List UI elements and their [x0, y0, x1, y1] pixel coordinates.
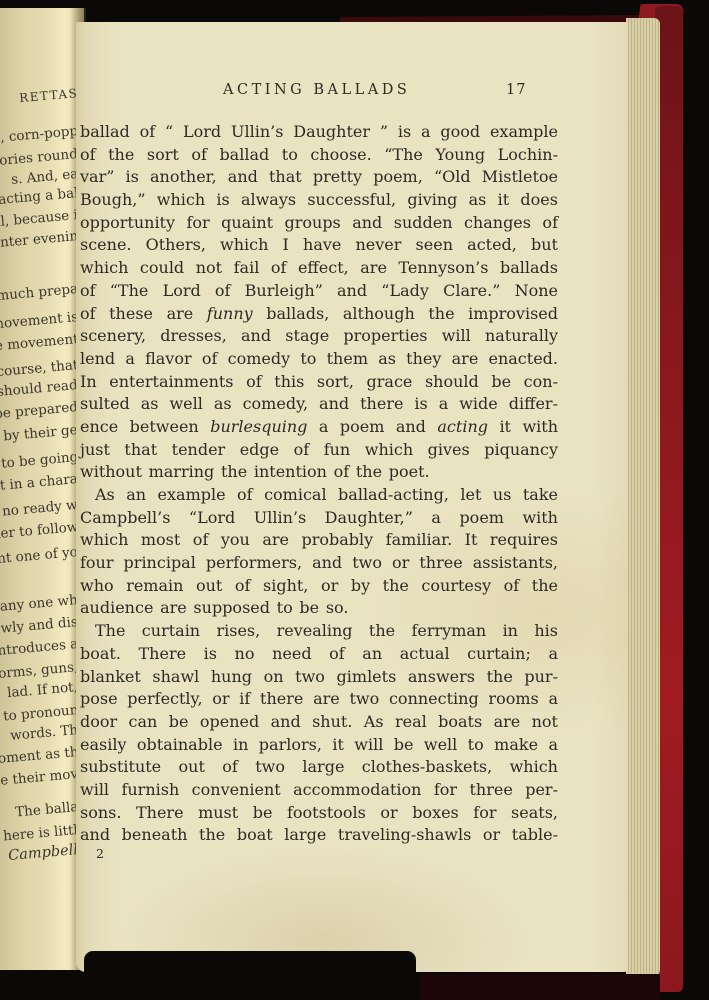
text-line: sons. There must be footstools or boxes … — [80, 802, 558, 825]
text-line: four principal performers, and two or th… — [80, 552, 558, 575]
left-page-text-fragment: orms, guns, — [0, 659, 79, 682]
text-line: ence between burlesquing a poem and acti… — [80, 416, 558, 439]
left-page-text-fragment: r should read — [0, 377, 79, 401]
text-line: door can be opened and shut. As real boa… — [80, 711, 558, 734]
left-page-text-fragment: e their mov — [0, 766, 79, 789]
running-title: ACTING BALLADS — [223, 82, 410, 98]
left-page-text-fragment: words. Th — [10, 722, 79, 744]
left-page-text-fragment: sier to follow — [0, 519, 79, 543]
text-line: sulted as well as comedy, and there is a… — [80, 393, 558, 416]
left-page-text-fragment: ories round — [0, 146, 79, 169]
text-line: will furnish convenient accommodation fo… — [80, 779, 558, 802]
page-number: 17 — [506, 82, 526, 98]
stacked-page-edges — [626, 18, 660, 976]
bottom-cover-shadow — [84, 951, 416, 1000]
left-page-text-fragment: ct in a chara — [0, 471, 79, 494]
left-page-text-fragment: noment as th — [0, 744, 79, 768]
text-line: pose perfectly, or if there are two conn… — [80, 688, 558, 711]
text-line: lend a flavor of comedy to them as they … — [80, 348, 558, 371]
bottom-cover-edge — [420, 974, 660, 1000]
left-page-text-fragment: ll, because i — [0, 207, 79, 230]
left-page-text-fragment: s much prepa — [0, 281, 79, 305]
text-line: audience are supposed to be so. — [80, 597, 558, 620]
left-page-text-fragment: be prepared — [0, 399, 79, 422]
left-page-text-fragment: nd any one wh — [0, 592, 79, 617]
page-header: ACTING BALLADS 17 — [76, 82, 628, 102]
left-page-text-fragment: he movement — [0, 331, 79, 355]
left-page-text-fragment: h introduces a — [0, 636, 79, 660]
text-line: The curtain rises, revealing the ferryma… — [80, 620, 558, 643]
text-line: which most of you are probably familiar.… — [80, 529, 558, 552]
left-page-text-fragment: for no ready w — [0, 497, 79, 522]
book-scan: RETTAS, corn-poppories rounds. And, eaac… — [0, 0, 709, 1000]
text-line: and beneath the boat large traveling-sha… — [80, 824, 558, 847]
left-page-text-fragment: s. And, ea — [10, 166, 78, 188]
left-page-text-fragment: winter evenin — [0, 228, 79, 252]
left-page-text-fragment: lad. If not, — [7, 679, 79, 701]
text-line: As an example of comical ballad-acting, … — [80, 484, 558, 507]
text-line: of the sort of ballad to choose. “The Yo… — [80, 144, 558, 167]
text-line: easily obtainable in parlors, it will be… — [80, 734, 558, 757]
text-line: of “The Lord of Burleigh” and “Lady Clar… — [80, 280, 558, 303]
text-line: without marring the intention of the poe… — [80, 461, 558, 484]
left-page-text-fragment: to be going — [0, 449, 78, 472]
text-line: Campbell’s “Lord Ullin’s Daughter,” a po… — [80, 507, 558, 530]
left-page-text-fragment: here is littl — [3, 822, 79, 844]
text-line: blanket shawl hung on two gimlets answer… — [80, 666, 558, 689]
text-line: Bough,” which is always successful, givi… — [80, 189, 558, 212]
left-page-text-fragment: , corn-popp — [0, 123, 79, 146]
text-line: In entertainments of this sort, grace sh… — [80, 371, 558, 394]
book-page: ACTING BALLADS 17 ballad of “ Lord Ullin… — [76, 22, 628, 972]
text-line: substitute out of two large clothes-bask… — [80, 756, 558, 779]
text-line: var” is another, and that pretty poem, “… — [80, 166, 558, 189]
signature-mark: 2 — [96, 846, 104, 861]
left-page-text-fragment: slowly and dis — [0, 614, 79, 638]
left-page-text-fragment: ss by their ge — [0, 422, 79, 446]
text-line: opportunity for quaint groups and sudden… — [80, 212, 558, 235]
left-page-text-fragment: Campbell — [8, 842, 79, 864]
text-line: of these are funny ballads, although the… — [80, 303, 558, 326]
body-text: ballad of “ Lord Ullin’s Daughter ” is a… — [80, 121, 558, 847]
text-line: ballad of “ Lord Ullin’s Daughter ” is a… — [80, 121, 558, 144]
text-line: boat. There is no need of an actual curt… — [80, 643, 558, 666]
left-page-text-fragment: ent one of yo — [0, 544, 79, 568]
text-line: scene. Others, which I have never seen a… — [80, 234, 558, 257]
text-line: scenery, dresses, and stage properties w… — [80, 325, 558, 348]
text-line: who remain out of sight, or by the court… — [80, 575, 558, 598]
left-page-text-fragment: acting a bal — [0, 185, 79, 208]
text-line: which could not fail of effect, are Tenn… — [80, 257, 558, 280]
left-page-text-fragment: to pronoun — [2, 702, 78, 725]
text-line: just that tender edge of fun which gives… — [80, 439, 558, 462]
left-page-text-fragment: movement is — [0, 309, 79, 333]
